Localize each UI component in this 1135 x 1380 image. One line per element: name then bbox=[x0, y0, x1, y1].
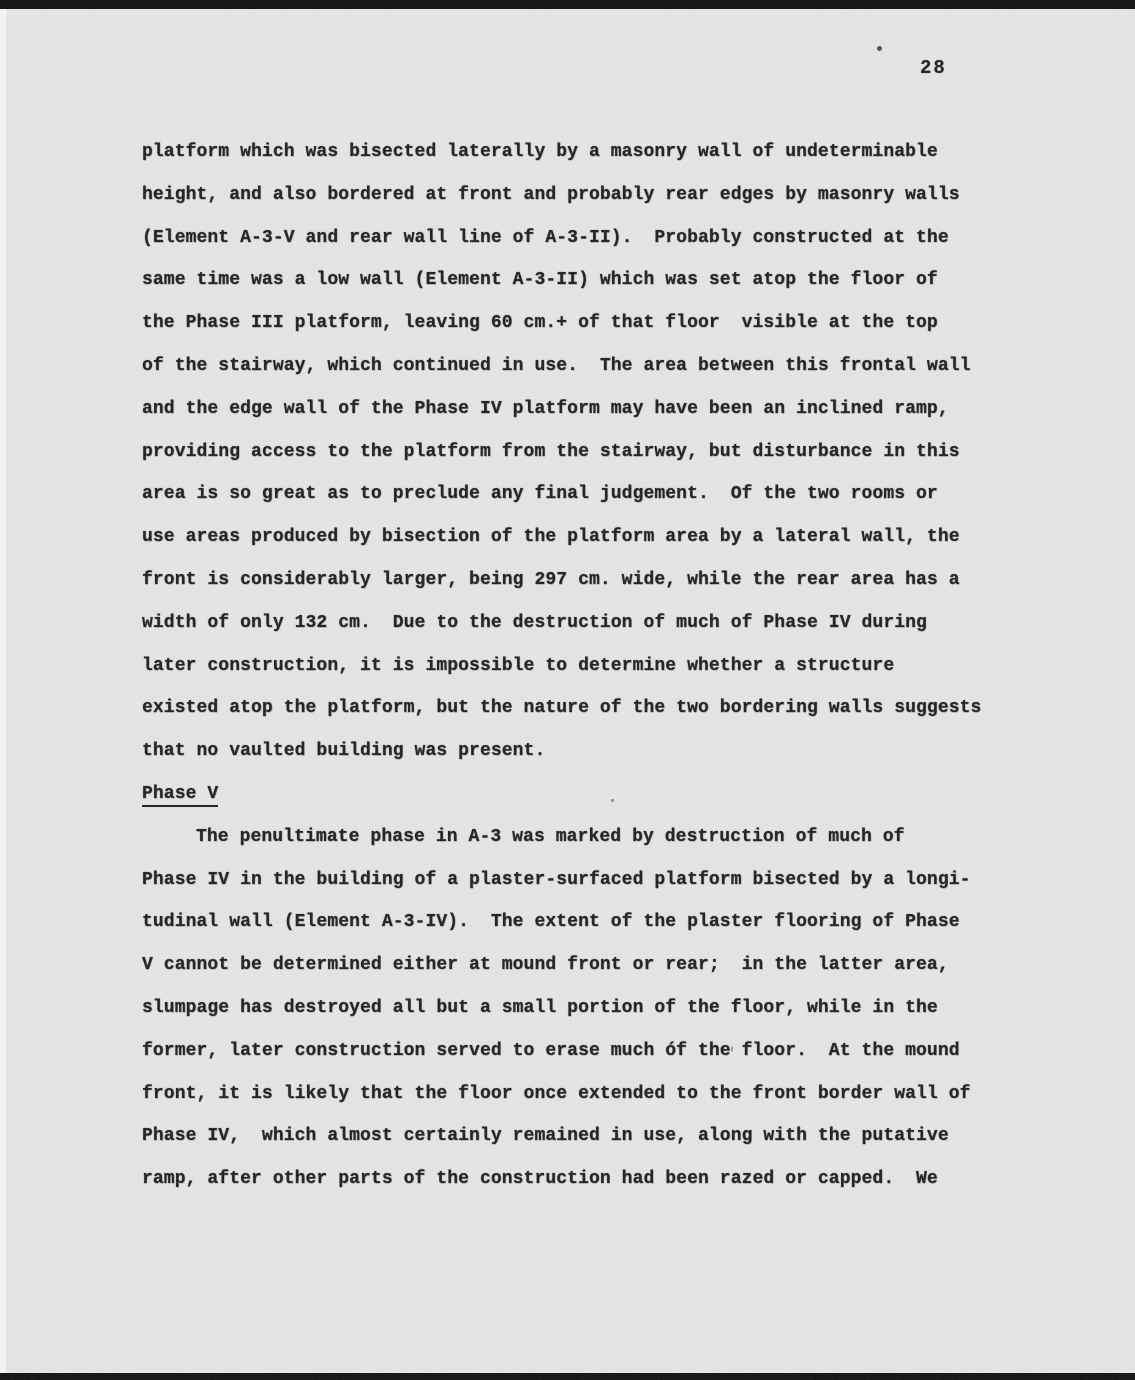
ink-speck bbox=[877, 46, 882, 51]
page-number: 28 bbox=[920, 57, 947, 79]
text-line: ramp, after other parts of the construct… bbox=[142, 1158, 1002, 1201]
scanned-page: 28 platform which was bisected laterally… bbox=[0, 0, 1135, 1380]
section-heading: Phase V bbox=[142, 773, 1002, 816]
text-line: Phase IV in the building of a plaster-su… bbox=[142, 859, 1002, 902]
text-line: platform which was bisected laterally by… bbox=[142, 131, 1002, 174]
text-line: use areas produced by bisection of the p… bbox=[142, 516, 1002, 559]
text-line: height, and also bordered at front and p… bbox=[142, 174, 1002, 217]
text-line: area is so great as to preclude any fina… bbox=[142, 473, 1002, 516]
text-line: slumpage has destroyed all but a small p… bbox=[142, 987, 1002, 1030]
section-heading-text: Phase V bbox=[142, 784, 218, 807]
text-line: same time was a low wall (Element A-3-II… bbox=[142, 259, 1002, 302]
text-line: former, later construction served to era… bbox=[142, 1030, 1002, 1073]
text-line: later construction, it is impossible to … bbox=[142, 645, 1002, 688]
text-line: width of only 132 cm. Due to the destruc… bbox=[142, 602, 1002, 645]
scan-edge-left bbox=[0, 9, 6, 1373]
text-line: (Element A-3-V and rear wall line of A-3… bbox=[142, 217, 1002, 260]
text-line: Phase IV, which almost certainly remaine… bbox=[142, 1115, 1002, 1158]
scan-edge-bottom bbox=[0, 1373, 1135, 1380]
text-line: that no vaulted building was present. bbox=[142, 730, 1002, 773]
typewritten-text: platform which was bisected laterally by… bbox=[142, 131, 1002, 1201]
text-line: of the stairway, which continued in use.… bbox=[142, 345, 1002, 388]
text-line: V cannot be determined either at mound f… bbox=[142, 944, 1002, 987]
text-line: the Phase III platform, leaving 60 cm.+ … bbox=[142, 302, 1002, 345]
text-line: providing access to the platform from th… bbox=[142, 431, 1002, 474]
text-line: tudinal wall (Element A-3-IV). The exten… bbox=[142, 901, 1002, 944]
text-line: existed atop the platform, but the natur… bbox=[142, 687, 1002, 730]
scan-edge-top bbox=[0, 0, 1135, 9]
text-line: front is considerably larger, being 297 … bbox=[142, 559, 1002, 602]
text-line: front, it is likely that the floor once … bbox=[142, 1073, 1002, 1116]
text-line: The penultimate phase in A-3 was marked … bbox=[142, 816, 1002, 859]
text-line: and the edge wall of the Phase IV platfo… bbox=[142, 388, 1002, 431]
